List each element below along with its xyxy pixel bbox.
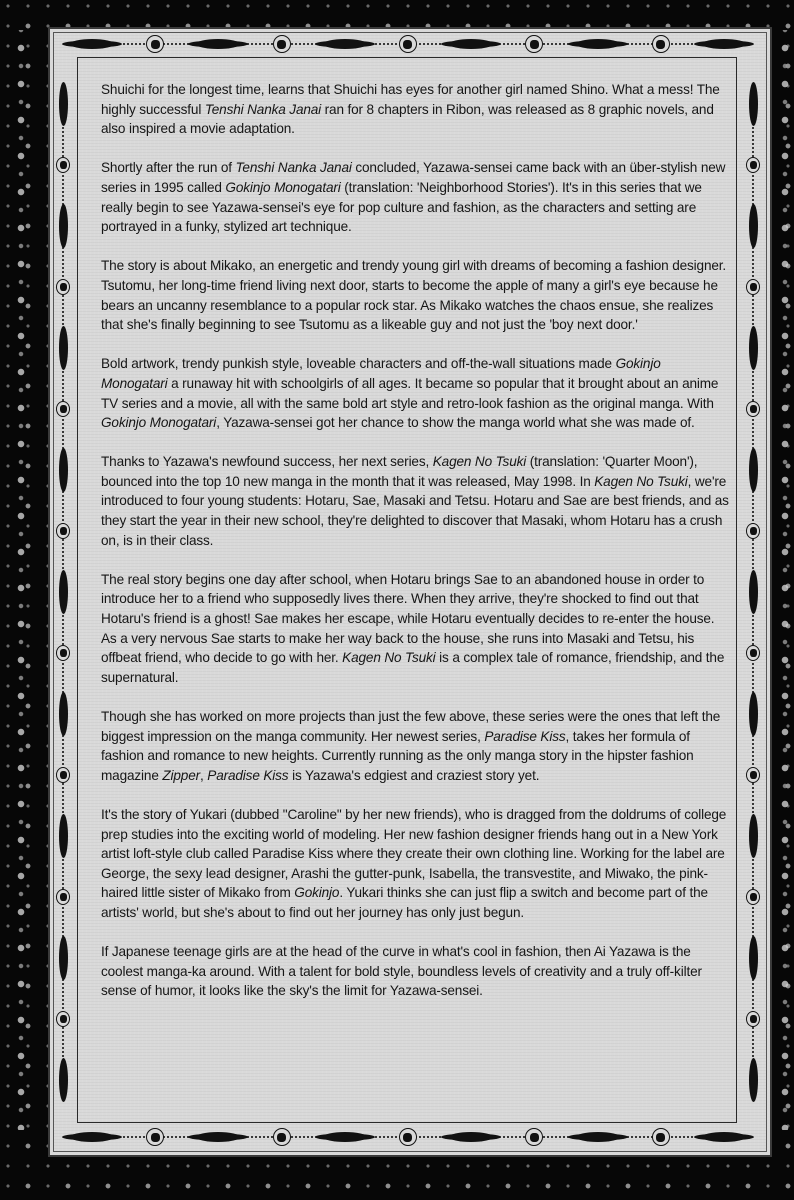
ornament-medallion-icon — [746, 157, 760, 173]
title-italic: Tenshi Nanka Janai — [236, 160, 352, 175]
ornament-medallion-icon — [746, 645, 760, 661]
ornament-medallion-icon — [56, 767, 70, 783]
left-flower-border-icon — [6, 30, 36, 1130]
ornament-blob-icon — [576, 39, 620, 49]
article-paragraph: The story is about Mikako, an energetic … — [101, 256, 729, 334]
ornament-blob-icon — [59, 814, 68, 858]
ornament-medallion-icon — [746, 889, 760, 905]
ornament-medallion-icon — [399, 35, 417, 53]
ornament-medallion-icon — [746, 401, 760, 417]
ornament-medallion-icon — [56, 645, 70, 661]
title-italic: Paradise Kiss — [484, 729, 565, 744]
ornament-medallion-icon — [56, 1011, 70, 1027]
ornament-medallion-icon — [652, 35, 670, 53]
ornament-blob-icon — [749, 692, 758, 736]
article-paragraph: Bold artwork, trendy punkish style, love… — [101, 354, 729, 432]
paragraph-text: Bold artwork, trendy punkish style, love… — [101, 356, 616, 371]
title-italic: Tenshi Nanka Janai — [205, 102, 321, 117]
paragraph-text: Shortly after the run of — [101, 160, 236, 175]
title-italic: Zipper — [162, 768, 200, 783]
article-paragraph: If Japanese teenage girls are at the hea… — [101, 942, 729, 1001]
ornament-medallion-icon — [56, 889, 70, 905]
ornament-medallion-icon — [146, 1128, 164, 1146]
ornament-blob-icon — [749, 82, 758, 126]
title-italic: Kagen No Tsuki — [594, 474, 687, 489]
ornament-medallion-icon — [146, 35, 164, 53]
title-italic: Gokinjo Monogatari — [225, 180, 340, 195]
ornament-medallion-icon — [525, 35, 543, 53]
ornament-blob-icon — [196, 39, 240, 49]
ornament-blob-icon — [59, 936, 68, 980]
ornament-blob-icon — [196, 1132, 240, 1142]
article-body: Shuichi for the longest time, learns tha… — [101, 80, 729, 1021]
paragraph-text: The story is about Mikako, an energetic … — [101, 258, 726, 332]
right-ornament-border — [746, 82, 760, 1102]
ornament-blob-icon — [59, 82, 68, 126]
ornament-medallion-icon — [56, 523, 70, 539]
ornament-medallion-icon — [273, 1128, 291, 1146]
ornament-blob-icon — [323, 1132, 367, 1142]
ornament-blob-icon — [70, 39, 114, 49]
right-flower-border-icon — [770, 30, 794, 1130]
ornament-blob-icon — [702, 1132, 746, 1142]
ornament-blob-icon — [749, 326, 758, 370]
article-paragraph: The real story begins one day after scho… — [101, 570, 729, 688]
ornament-blob-icon — [749, 936, 758, 980]
bottom-ornament-border — [70, 1129, 746, 1145]
ornament-medallion-icon — [746, 279, 760, 295]
article-paragraph: Shortly after the run of Tenshi Nanka Ja… — [101, 158, 729, 236]
ornament-blob-icon — [59, 448, 68, 492]
ornament-blob-icon — [59, 570, 68, 614]
ornament-blob-icon — [59, 326, 68, 370]
ornament-medallion-icon — [56, 157, 70, 173]
ornament-blob-icon — [702, 39, 746, 49]
title-italic: Paradise Kiss — [207, 768, 288, 783]
ornament-medallion-icon — [56, 401, 70, 417]
top-ornament-border — [70, 36, 746, 52]
article-paragraph: It's the story of Yukari (dubbed "Caroli… — [101, 805, 729, 923]
ornament-medallion-icon — [746, 1011, 760, 1027]
ornament-blob-icon — [449, 39, 493, 49]
paragraph-text: Thanks to Yazawa's newfound success, her… — [101, 454, 433, 469]
ornament-medallion-icon — [56, 279, 70, 295]
ornament-blob-icon — [749, 570, 758, 614]
paragraph-text: is Yazawa's edgiest and craziest story y… — [288, 768, 539, 783]
ornament-blob-icon — [449, 1132, 493, 1142]
paragraph-text: a runaway hit with schoolgirls of all ag… — [101, 376, 718, 411]
paragraph-text: , Yazawa-sensei got her chance to show t… — [216, 415, 695, 430]
ornament-blob-icon — [749, 1058, 758, 1102]
ornament-medallion-icon — [525, 1128, 543, 1146]
ornament-medallion-icon — [399, 1128, 417, 1146]
left-ornament-border — [56, 82, 70, 1102]
ornament-blob-icon — [749, 448, 758, 492]
article-paragraph: Though she has worked on more projects t… — [101, 707, 729, 785]
ornament-blob-icon — [323, 39, 367, 49]
ornament-blob-icon — [749, 204, 758, 248]
title-italic: Kagen No Tsuki — [433, 454, 526, 469]
ornament-blob-icon — [70, 1132, 114, 1142]
ornament-blob-icon — [59, 692, 68, 736]
ornament-blob-icon — [59, 204, 68, 248]
article-paragraph: Shuichi for the longest time, learns tha… — [101, 80, 729, 139]
ornament-medallion-icon — [746, 767, 760, 783]
paragraph-text: If Japanese teenage girls are at the hea… — [101, 944, 702, 998]
article-paragraph: Thanks to Yazawa's newfound success, her… — [101, 452, 729, 550]
title-italic: Gokinjo — [294, 885, 339, 900]
ornament-blob-icon — [576, 1132, 620, 1142]
ornament-blob-icon — [749, 814, 758, 858]
title-italic: Gokinjo Monogatari — [101, 415, 216, 430]
ornament-blob-icon — [59, 1058, 68, 1102]
title-italic: Kagen No Tsuki — [342, 650, 435, 665]
ornament-medallion-icon — [273, 35, 291, 53]
ornament-medallion-icon — [652, 1128, 670, 1146]
ornament-medallion-icon — [746, 523, 760, 539]
